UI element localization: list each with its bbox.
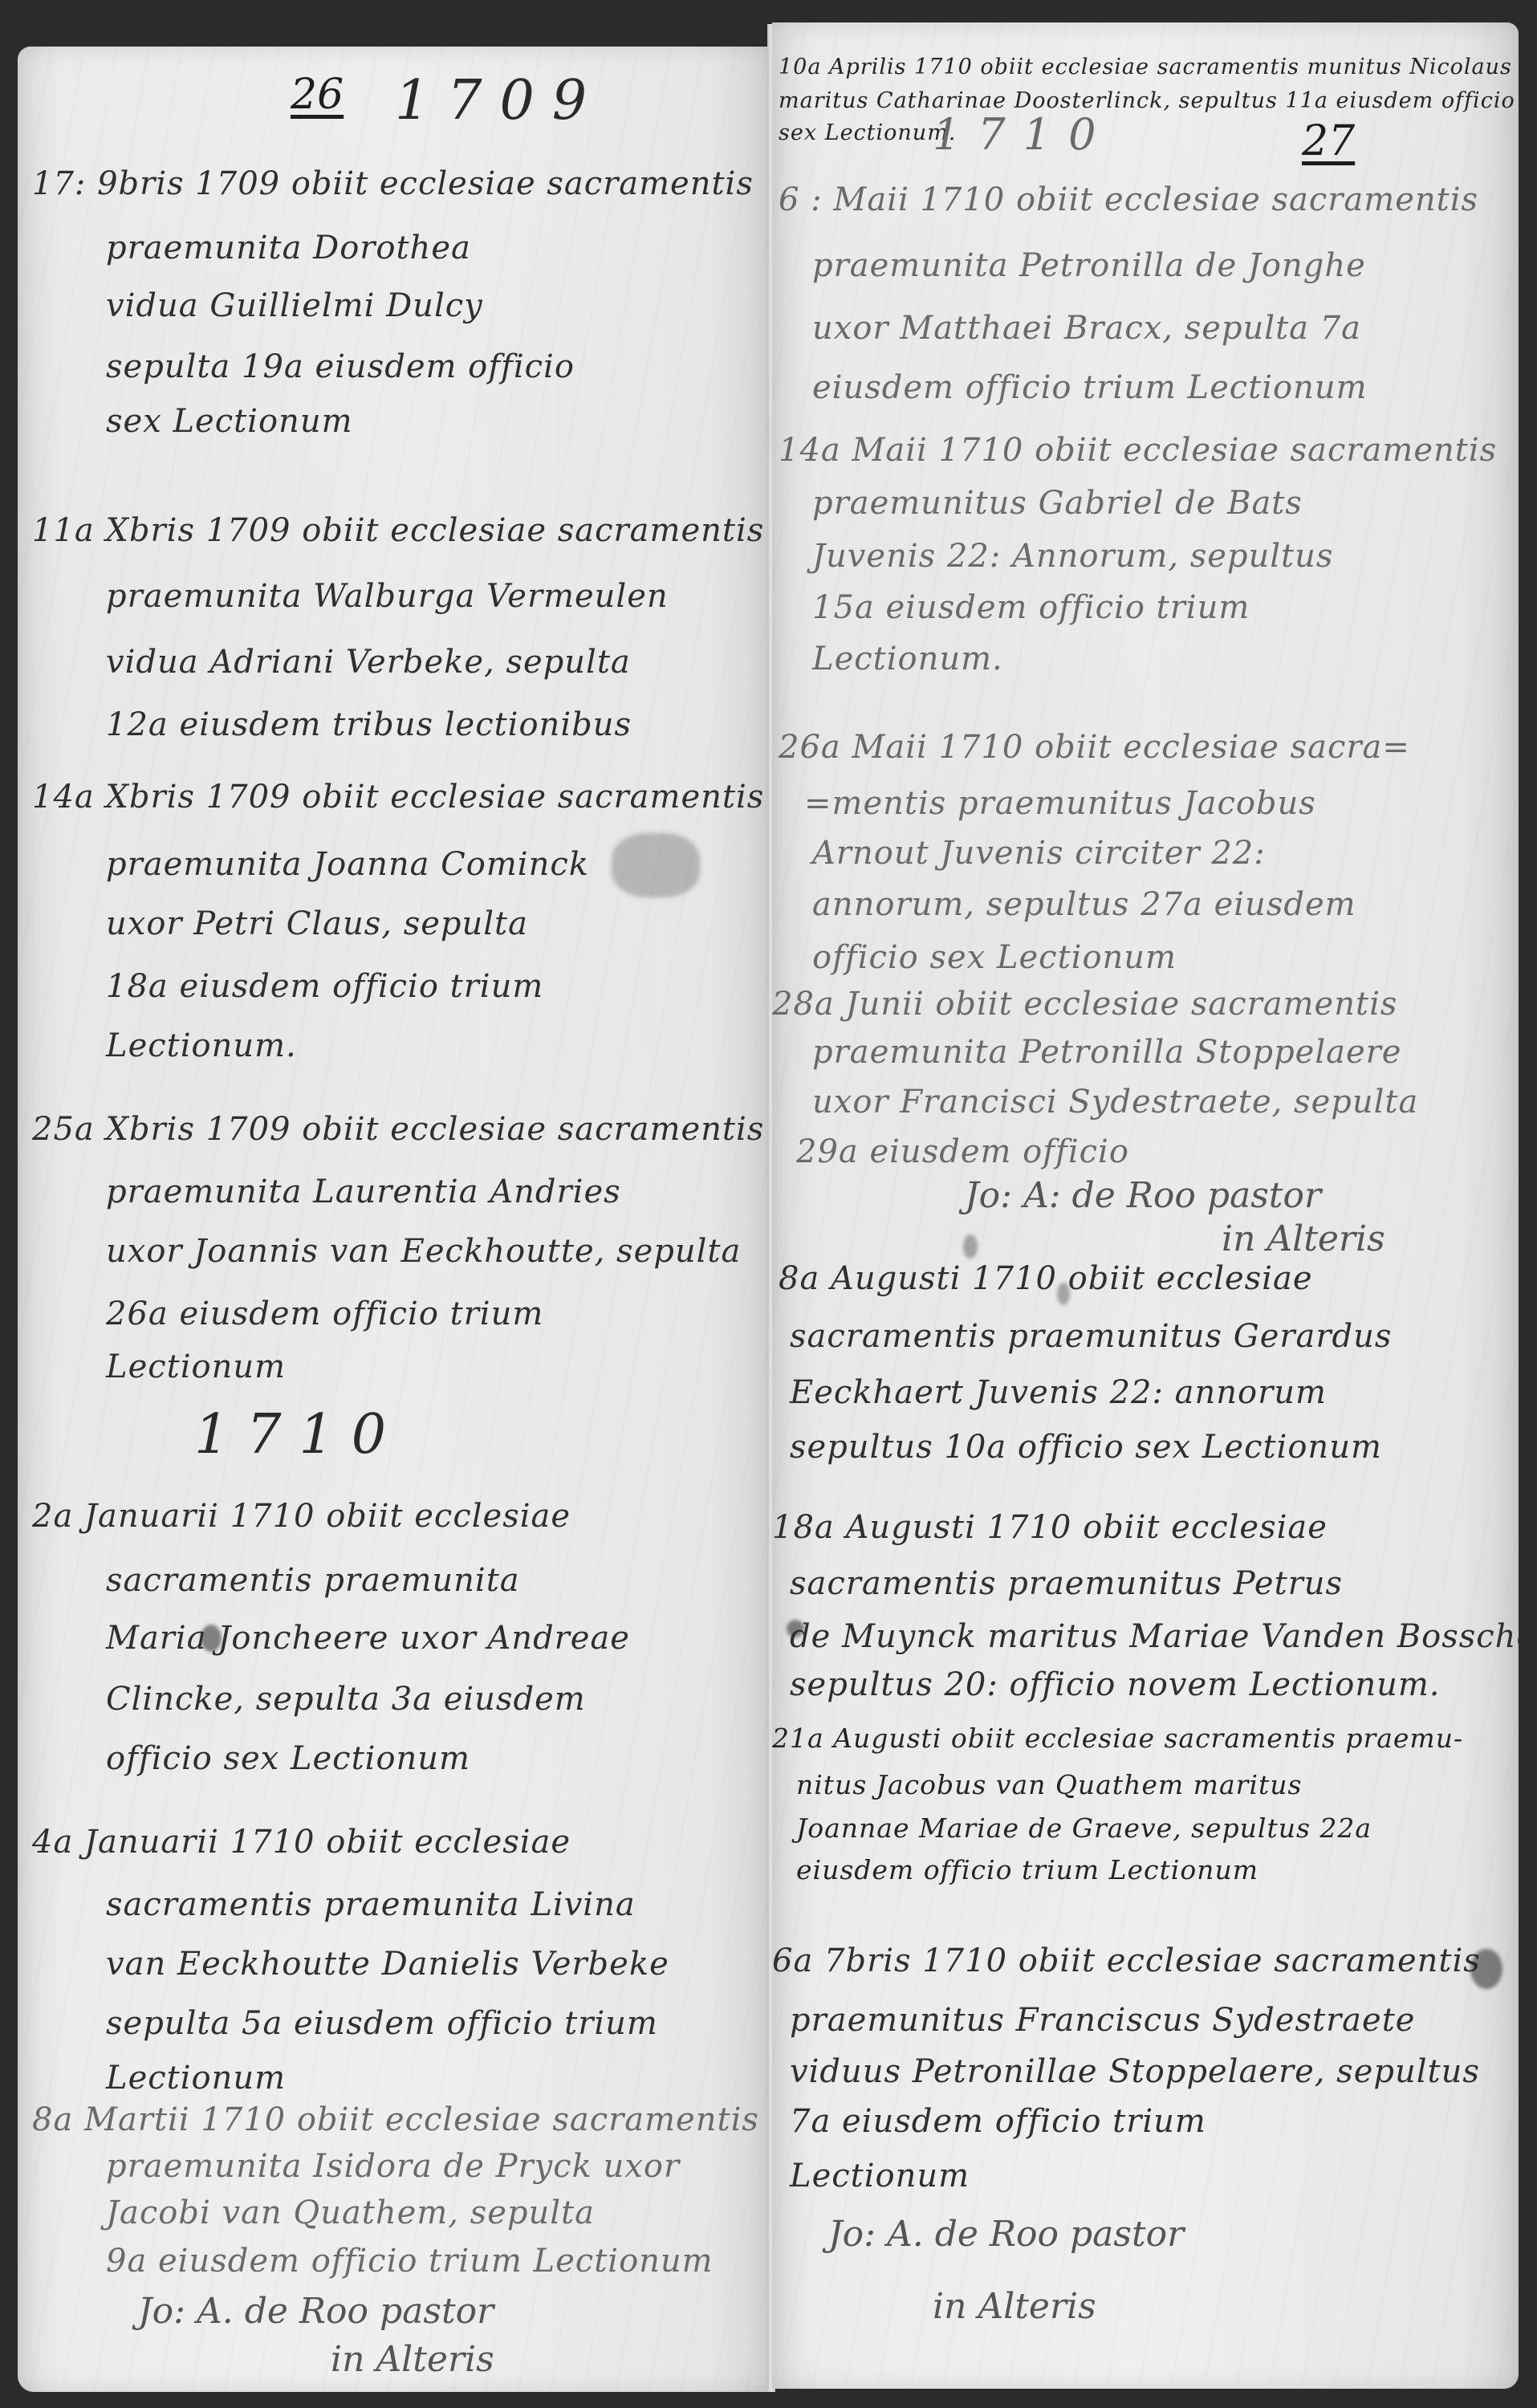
entry-line: Lectionum.: [812, 641, 1003, 677]
left-page: 26 1709 17: 9bris 1709 obiit ecclesiae s…: [18, 47, 771, 2392]
parish-name: in Alteris: [331, 2339, 494, 2380]
right-page: 10a Aprilis 1710 obiit ecclesiae sacrame…: [772, 22, 1519, 2389]
entry-line: van Eeckhoutte Danielis Verbeke: [106, 1946, 669, 1983]
year-heading: 1709: [395, 69, 604, 132]
entry-line: Maria Joncheere uxor Andreae: [106, 1620, 630, 1657]
entry-line: 14a Xbris 1709 obiit ecclesiae sacrament…: [32, 779, 764, 816]
entry-line: praemunita Walburga Vermeulen: [106, 578, 669, 615]
entry-line: 26a eiusdem officio trium: [106, 1296, 543, 1332]
entry-line: sacramentis praemunita: [106, 1562, 520, 1599]
pastor-signature: Jo: A. de Roo pastor: [828, 2214, 1184, 2255]
entry-line: Joannae Mariae de Graeve, sepultus 22a: [796, 1812, 1372, 1844]
entry-line: 15a eiusdem officio trium: [812, 589, 1250, 626]
entry-line: Lectionum.: [106, 1027, 297, 1064]
entry-line: 28a Junii obiit ecclesiae sacramentis: [772, 986, 1397, 1023]
entry-line: praemunita Dorothea: [106, 230, 471, 266]
entry-line: vidua Guillielmi Dulcy: [106, 287, 483, 324]
entry-line: praemunita Joanna Cominck: [106, 846, 589, 883]
entry-line: 25a Xbris 1709 obiit ecclesiae sacrament…: [32, 1111, 764, 1148]
entry-line: praemunita Petronilla Stoppelaere: [812, 1034, 1401, 1071]
entry-line: =mentis praemunitus Jacobus: [804, 785, 1316, 822]
year-heading: 1710: [933, 109, 1113, 160]
entry-line: sepulta 5a eiusdem officio trium: [106, 2005, 658, 2042]
entry-line: Jacobi van Quathem, sepulta: [106, 2194, 595, 2231]
entry-line: 11a Xbris 1709 obiit ecclesiae sacrament…: [32, 512, 764, 549]
entry-line: de Muynck maritus Mariae Vanden Bossche: [790, 1618, 1519, 1655]
ink-blot: [1470, 1949, 1502, 1989]
entry-line: maritus Catharinae Doosterlinck, sepultu…: [779, 88, 1515, 113]
entry-line: Arnout Juvenis circiter 22:: [812, 835, 1266, 872]
entry-line: 18a Augusti 1710 obiit ecclesiae: [772, 1509, 1328, 1546]
folio-number: 27: [1302, 117, 1355, 165]
entry-line: eiusdem officio trium Lectionum: [812, 369, 1368, 406]
entry-line: Juvenis 22: Annorum, sepultus: [812, 538, 1333, 575]
entry-line: uxor Joannis van Eeckhoutte, sepulta: [106, 1233, 741, 1270]
entry-line: eiusdem officio trium Lectionum: [796, 1854, 1258, 1885]
entry-line: viduus Petronillae Stoppelaere, sepultus: [790, 2053, 1480, 2090]
ink-blot: [963, 1235, 978, 1259]
entry-line: praemunitus Franciscus Sydestraete: [790, 2002, 1415, 2039]
entry-line: 8a Martii 1710 obiit ecclesiae sacrament…: [32, 2101, 759, 2138]
parish-name: in Alteris: [933, 2286, 1096, 2327]
entry-line: 9a eiusdem officio trium Lectionum: [106, 2243, 714, 2280]
year-heading-1710: 1710: [194, 1403, 404, 1466]
entry-line: officio sex Lectionum: [106, 1740, 470, 1777]
entry-line: 7a eiusdem officio trium: [790, 2103, 1206, 2140]
entry-line: annorum, sepultus 27a eiusdem: [812, 886, 1356, 923]
water-stain: [612, 833, 700, 897]
entry-line: 6 : Maii 1710 obiit ecclesiae sacramenti…: [779, 181, 1478, 218]
entry-line: uxor Petri Claus, sepulta: [106, 905, 528, 942]
entry-line: uxor Matthaei Bracx, sepulta 7a: [812, 310, 1361, 347]
entry-line: officio sex Lectionum: [812, 939, 1177, 976]
pastor-signature: Jo: A: de Roo pastor: [965, 1175, 1321, 1216]
entry-line: 2a Januarii 1710 obiit ecclesiae: [32, 1498, 571, 1535]
entry-line: Lectionum: [106, 2060, 286, 2097]
entry-line: uxor Francisci Sydestraete, sepulta: [812, 1084, 1418, 1121]
entry-line: sacramentis praemunitus Petrus: [790, 1565, 1343, 1602]
pastor-signature: Jo: A. de Roo pastor: [138, 2291, 494, 2332]
entry-line: sacramentis praemunita Livina: [106, 1886, 636, 1923]
entry-line: 18a eiusdem officio trium: [106, 968, 543, 1005]
entry-line: 6a 7bris 1710 obiit ecclesiae sacramenti…: [772, 1942, 1481, 1979]
entry-line: 21a Augusti obiit ecclesiae sacramentis …: [772, 1723, 1463, 1754]
entry-line: 17: 9bris 1709 obiit ecclesiae sacrament…: [32, 165, 754, 202]
entry-line: 8a Augusti 1710 obiit ecclesiae: [779, 1260, 1313, 1297]
entry-line: 10a Aprilis 1710 obiit ecclesiae sacrame…: [779, 55, 1519, 79]
entry-line: 4a Januarii 1710 obiit ecclesiae: [32, 1824, 571, 1861]
ink-blot: [201, 1625, 222, 1652]
entry-line: 26a Maii 1710 obiit ecclesiae sacra=: [779, 729, 1410, 766]
entry-line: sex Lectionum: [106, 403, 353, 440]
entry-line: nitus Jacobus van Quathem maritus: [796, 1769, 1302, 1800]
entry-line: 14a Maii 1710 obiit ecclesiae sacramenti…: [779, 432, 1497, 469]
entry-line: sepulta 19a eiusdem officio: [106, 348, 575, 385]
entry-line: 29a eiusdem officio: [796, 1133, 1129, 1170]
entry-line: praemunita Isidora de Pryck uxor: [106, 2148, 680, 2185]
entry-line: praemunitus Gabriel de Bats: [812, 485, 1303, 522]
entry-line: 12a eiusdem tribus lectionibus: [106, 706, 632, 743]
entry-line: sacramentis praemunitus Gerardus: [790, 1318, 1392, 1355]
entry-line: sepultus 20: officio novem Lectionum.: [790, 1666, 1441, 1703]
entry-line: praemunita Petronilla de Jonghe: [812, 247, 1366, 284]
entry-line: praemunita Laurentia Andries: [106, 1173, 621, 1210]
entry-line: Lectionum: [106, 1348, 286, 1385]
entry-line: sepultus 10a officio sex Lectionum: [790, 1429, 1382, 1466]
entry-line: Eeckhaert Juvenis 22: annorum: [790, 1374, 1327, 1411]
entry-line: sex Lectionum.: [779, 120, 956, 145]
parish-name: in Alteris: [1222, 1218, 1385, 1259]
entry-line: Clincke, sepulta 3a eiusdem: [106, 1681, 586, 1718]
folio-number: 26: [291, 71, 344, 119]
ink-blot: [787, 1620, 804, 1637]
entry-line: vidua Adriani Verbeke, sepulta: [106, 644, 631, 681]
entry-line: Lectionum: [790, 2158, 970, 2194]
